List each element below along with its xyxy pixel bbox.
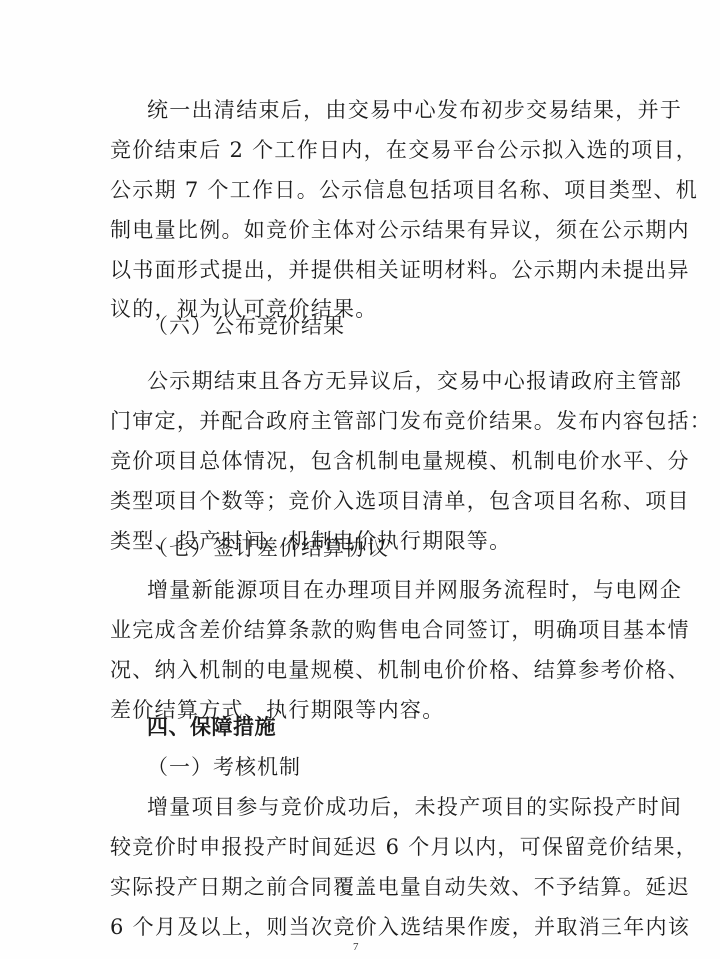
document-page: 统一出清结束后，由交易中心发布初步交易结果，并于 竞价结束后 2 个工作日内，在… bbox=[0, 0, 720, 959]
paragraph-line: 6 个月及以上，则当次竞价入选结果作废，并取消三年内该 bbox=[110, 912, 610, 942]
paragraph-line: 统一出清结束后，由交易中心发布初步交易结果，并于 bbox=[147, 95, 647, 125]
paragraph-line: 况、纳入机制的电量规模、机制电价价格、结算参考价格、 bbox=[110, 655, 610, 685]
paragraph-line: 增量项目参与竞价成功后，未投产项目的实际投产时间 bbox=[147, 792, 647, 822]
page-number: 7 bbox=[353, 941, 359, 953]
section-heading-6: （六）公布竞价结果 bbox=[147, 311, 647, 341]
paragraph-line: 制电量比例。如竞价主体对公示结果有异议，须在公示期内 bbox=[110, 215, 610, 245]
paragraph-line: 类型项目个数等；竞价入选项目清单，包含项目名称、项目 bbox=[110, 486, 610, 516]
paragraph-line: 增量新能源项目在办理项目并网服务流程时，与电网企 bbox=[147, 575, 647, 605]
paragraph-line: 较竞价时申报投产时间延迟 6 个月以内，可保留竞价结果， bbox=[110, 832, 610, 862]
chapter-heading-4: 四、保障措施 bbox=[147, 712, 647, 742]
section-heading-1: （一）考核机制 bbox=[147, 752, 647, 782]
paragraph-line: 以书面形式提出，并提供相关证明材料。公示期内未提出异 bbox=[110, 255, 610, 285]
section-heading-7: （七）签订差价结算协议 bbox=[147, 533, 647, 563]
paragraph-line: 竞价结束后 2 个工作日内，在交易平台公示拟入选的项目， bbox=[110, 135, 610, 165]
paragraph-line: 公示期 7 个工作日。公示信息包括项目名称、项目类型、机 bbox=[110, 175, 610, 205]
paragraph-line: 公示期结束且各方无异议后，交易中心报请政府主管部 bbox=[147, 366, 647, 396]
paragraph-line: 竞价项目总体情况，包含机制电量规模、机制电价水平、分 bbox=[110, 446, 610, 476]
paragraph-line: 业完成含差价结算条款的购售电合同签订，明确项目基本情 bbox=[110, 615, 610, 645]
paragraph-line: 门审定，并配合政府主管部门发布竞价结果。发布内容包括： bbox=[110, 406, 610, 436]
paragraph-line: 实际投产日期之前合同覆盖电量自动失效、不予结算。延迟 bbox=[110, 872, 610, 902]
